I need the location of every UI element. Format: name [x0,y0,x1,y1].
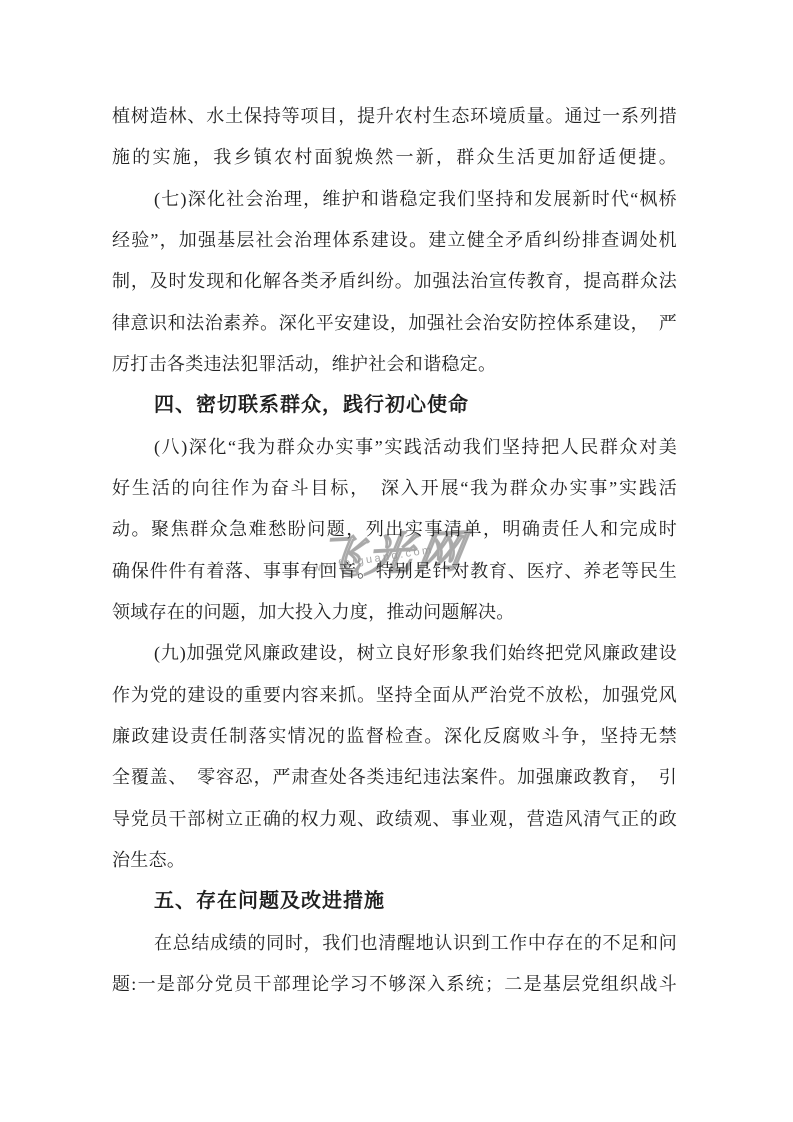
text-line: 治生态。 [112,840,677,881]
text-line: 领域存在的问题，加大投入力度，推动问题解决。 [112,592,677,633]
text-line: 廉政建设责任制落实情况的监督检查。深化反腐败斗争，坚持无禁区、 [112,716,677,757]
document-page: 飞光网 www.feiguang.com 植树造林、水土保持等项目，提升农村生态… [0,0,793,1122]
text-line: 在总结成绩的同时，我们也清醒地认识到工作中存在的不足和问 [112,923,677,964]
text-line: 动。聚焦群众急难愁盼问题，列出实事清单，明确责任人和完成时限， [112,509,677,550]
heading-line: 四、密切联系群众，践行初心使命 [112,385,677,426]
heading-line: 五、存在问题及改进措施 [112,881,677,922]
text-line: 导党员干部树立正确的权力观、政绩观、事业观，营造风清气正的政 [112,799,677,840]
text-line: (七)深化社会治理，维护和谐稳定我们坚持和发展新时代“枫桥 [112,179,677,220]
text-line: 题:一是部分党员干部理论学习不够深入系统；二是基层党组织战斗 [112,964,677,1005]
text-line: 植树造林、水土保持等项目，提升农村生态环境质量。通过一系列措 [112,96,677,137]
text-line: 作为党的建设的重要内容来抓。坚持全面从严治党不放松，加强党风 [112,675,677,716]
text-line: (八)深化“我为群众办实事”实践活动我们坚持把人民群众对美 [112,427,677,468]
text-line: 经验”，加强基层社会治理体系建设。建立健全矛盾纠纷排查调处机 [112,220,677,261]
text-line: 施的实施，我乡镇农村面貌焕然一新，群众生活更加舒适便捷。 [112,137,677,178]
text-line: 全覆盖、 零容忍，严肃查处各类违纪违法案件。加强廉政教育， 引 [112,757,677,798]
text-line: (九)加强党风廉政建设，树立良好形象我们始终把党风廉政建设 [112,633,677,674]
text-line: 律意识和法治素养。深化平安建设，加强社会治安防控体系建设， 严 [112,303,677,344]
document-body: 植树造林、水土保持等项目，提升农村生态环境质量。通过一系列措施的实施，我乡镇农村… [112,96,677,1005]
text-line: 好生活的向往作为奋斗目标， 深入开展“我为群众办实事”实践活 [112,468,677,509]
text-line: 制，及时发现和化解各类矛盾纠纷。加强法治宣传教育，提高群众法 [112,261,677,302]
text-line: 确保件件有着落、事事有回音。特别是针对教育、医疗、养老等民生 [112,551,677,592]
text-line: 厉打击各类违法犯罪活动，维护社会和谐稳定。 [112,344,677,385]
